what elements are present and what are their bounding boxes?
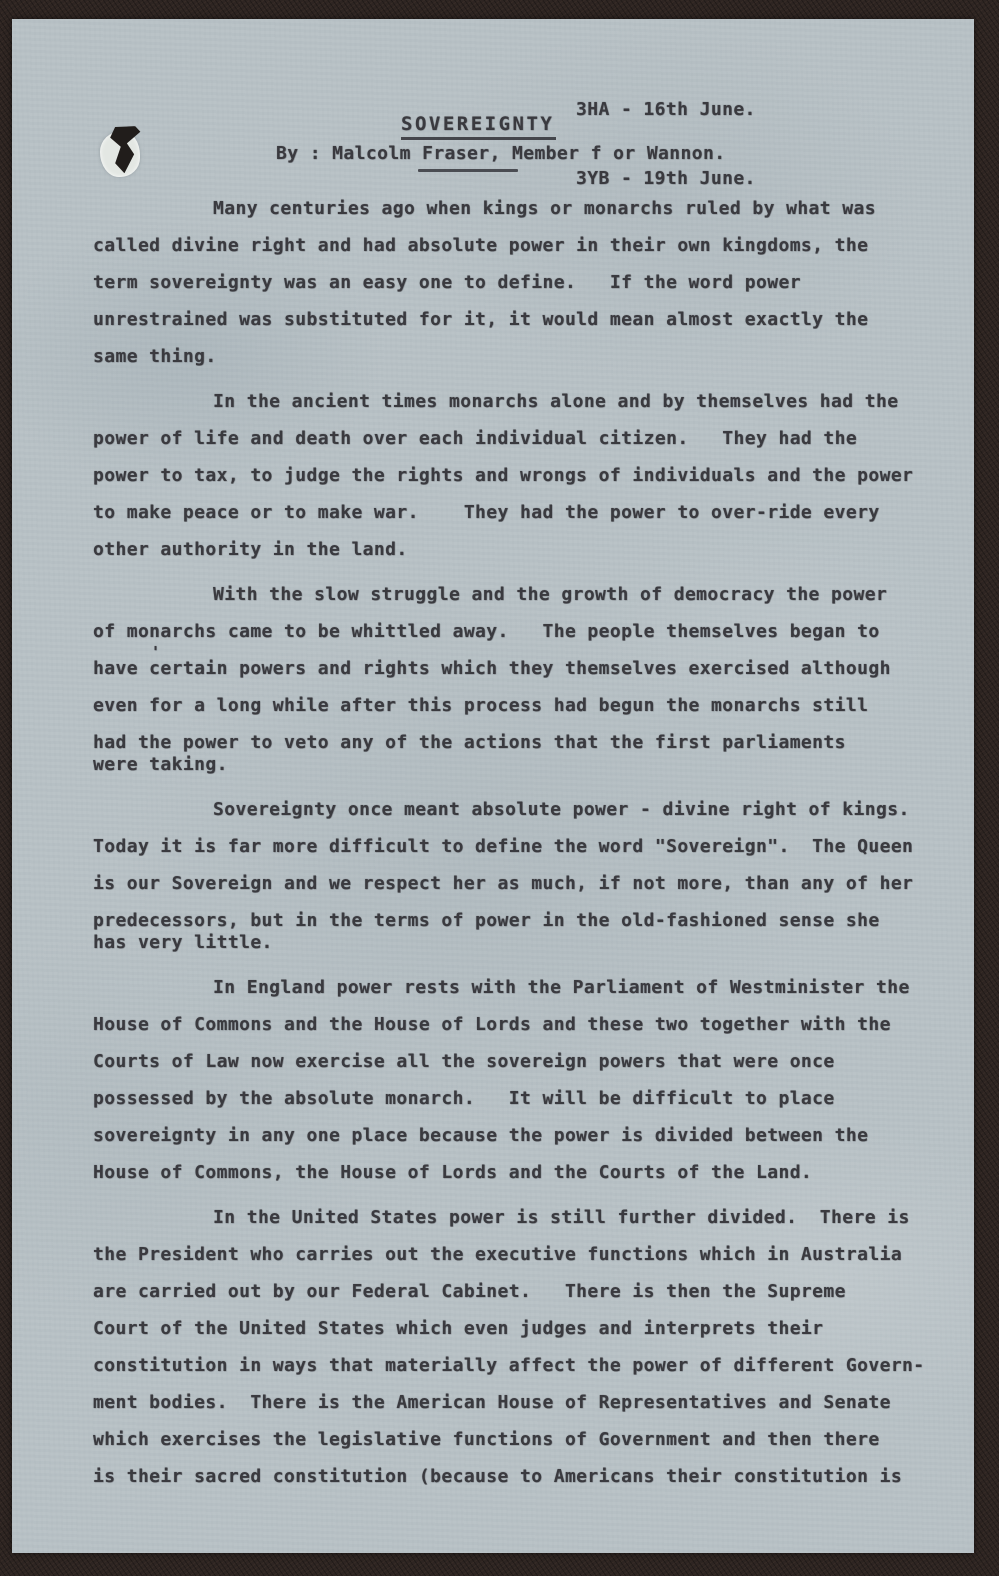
text-line: Sovereignty once meant absolute power - … — [93, 791, 957, 828]
text-line: With the slow struggle and the growth of… — [93, 576, 957, 613]
text-line: sovereignty in any one place because the… — [93, 1117, 957, 1154]
document-body: Many centuries ago when kings or monarch… — [93, 190, 957, 1503]
text-line: which exercises the legislative function… — [93, 1421, 957, 1458]
schedule-line-1: 3HA - 16th June. — [576, 98, 756, 121]
text-line: power of life and death over each indivi… — [93, 420, 957, 457]
text-line: Court of the United States which even ju… — [93, 1310, 957, 1347]
text-line: Courts of Law now exercise all the sover… — [93, 1043, 957, 1080]
text-line: even for a long while after this process… — [93, 687, 957, 724]
paragraph: Sovereignty once meant absolute power - … — [93, 791, 957, 961]
paragraph: With the slow struggle and the growth of… — [93, 576, 957, 783]
document-page: 3HA - 16th June. 3YB - 19th June. SOVERE… — [12, 19, 974, 1553]
text-line: to make peace or to make war. They had t… — [93, 494, 957, 531]
text-line: the President who carries out the execut… — [93, 1236, 957, 1273]
text-line: unrestrained was substituted for it, it … — [93, 301, 957, 338]
text-line: In the United States power is still furt… — [93, 1199, 957, 1236]
photo-background: 3HA - 16th June. 3YB - 19th June. SOVERE… — [0, 0, 999, 1576]
text-line: ment bodies. There is the American House… — [93, 1384, 957, 1421]
text-line: is our Sovereign and we respect her as m… — [93, 865, 957, 902]
page-title: SOVEREIGNTY — [401, 113, 556, 140]
byline-underline — [418, 169, 518, 172]
paragraph: In the United States power is still furt… — [93, 1199, 957, 1495]
text-line: other authority in the land. — [93, 531, 957, 568]
text-line: of monarchs came to be whittled away. Th… — [93, 613, 957, 650]
text-line: Many centuries ago when kings or monarch… — [93, 190, 957, 227]
text-line: In the ancient times monarchs alone and … — [93, 383, 957, 420]
text-line: power to tax, to judge the rights and wr… — [93, 457, 957, 494]
text-line: House of Commons and the House of Lords … — [93, 1006, 957, 1043]
text-line: In England power rests with the Parliame… — [93, 969, 957, 1006]
text-line: have certain powers and rights which the… — [93, 650, 957, 687]
paragraph: In the ancient times monarchs alone and … — [93, 383, 957, 568]
schedule-line-2: 3YB - 19th June. — [576, 167, 756, 190]
text-line: term sovereignty was an easy one to defi… — [93, 264, 957, 301]
byline: By : Malcolm Fraser, Member f or Wannon. — [276, 143, 725, 165]
text-line: House of Commons, the House of Lords and… — [93, 1154, 957, 1191]
paragraph: Many centuries ago when kings or monarch… — [93, 190, 957, 375]
paragraph: In England power rests with the Parliame… — [93, 969, 957, 1191]
text-line: are carried out by our Federal Cabinet. … — [93, 1273, 957, 1310]
text-line: same thing. — [93, 338, 957, 375]
text-line: Today it is far more difficult to define… — [93, 828, 957, 865]
text-line: possessed by the absolute monarch. It wi… — [93, 1080, 957, 1117]
text-line: is their sacred constitution (because to… — [93, 1458, 957, 1495]
text-line: constitution in ways that materially aff… — [93, 1347, 957, 1384]
text-line: called divine right and had absolute pow… — [93, 227, 957, 264]
punch-hole — [100, 125, 144, 181]
